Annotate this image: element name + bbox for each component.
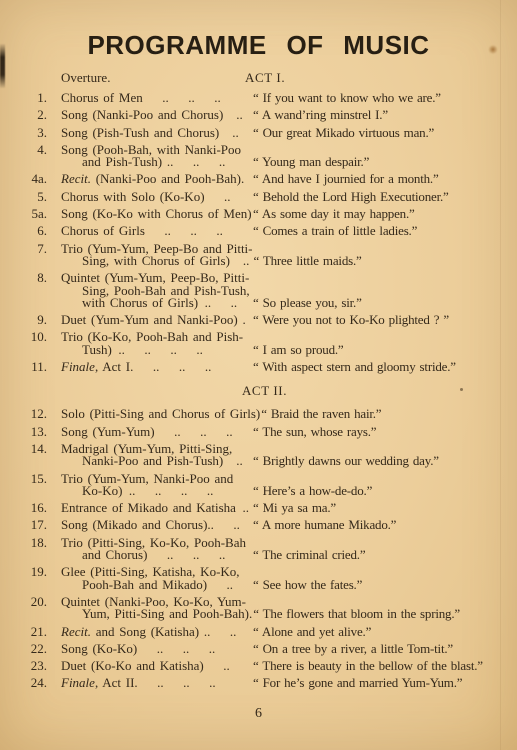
entry-quote: “ So please you, sir.”: [253, 297, 362, 309]
entry-quote: “ Behold the Lord High Executioner.”: [253, 191, 449, 203]
programme-entry: 23.Duet (Ko-Ko and Katisha) ..“ There is…: [0, 660, 517, 672]
paper-speck: [460, 388, 463, 391]
entry-title: Duet (Ko-Ko and Katisha) ..: [61, 660, 252, 672]
entry-quote: “ A more humane Mikado.”: [253, 519, 396, 531]
programme-entry: 9.Duet (Yum-Yum and Nanki-Poo) .“ Were y…: [0, 314, 517, 326]
entry-title-line: Recit. (Nanki-Poo and Pooh-Bah).: [61, 173, 252, 185]
entry-quote: “ The flowers that bloom in the spring.”: [253, 608, 460, 620]
programme-entry: 16.Entrance of Mikado and Katisha ..“ Mi…: [0, 502, 517, 514]
entry-title: Madrigal (Yum-Yum, Pitti-Sing,Nanki-Poo …: [61, 443, 252, 468]
programme-entry: 1.Chorus of Men .. .. ..“ If you want to…: [0, 92, 517, 104]
entry-quote: “ For he’s gone and married Yum-Yum.”: [253, 677, 462, 689]
programme-entry: 6.Chorus of Girls .. .. ..“ Comes a trai…: [0, 225, 517, 237]
entry-title-line: Song (Pish-Tush and Chorus) ..: [61, 127, 252, 139]
programme-entry: 4a.Recit. (Nanki-Poo and Pooh-Bah).“ And…: [0, 173, 517, 185]
entry-number: 5.: [27, 191, 47, 203]
section-header-row: Overture. ACT I.: [0, 70, 517, 83]
entry-quote: “ Were you not to Ko-Ko plighted ? ”: [253, 314, 449, 326]
act1-list: 1.Chorus of Men .. .. ..“ If you want to…: [0, 92, 517, 373]
entry-quote: “ On a tree by a river, a little Tom-tit…: [253, 643, 453, 655]
entry-title-line: Song (Nanki-Poo and Chorus) ..: [61, 109, 252, 121]
programme-entry: 20.Quintet (Nanki-Poo, Ko-Ko, Yum-Yum, P…: [0, 596, 517, 621]
paper-stain: [488, 45, 498, 54]
entry-title-italic: Finale: [61, 675, 95, 690]
entry-number: 11.: [27, 361, 47, 373]
overture-label: Overture.: [61, 70, 110, 86]
programme-entry: 8.Quintet (Yum-Yum, Peep-Bo, Pitti-Sing,…: [0, 272, 517, 309]
entry-number: 2.: [27, 109, 47, 121]
entry-title-line: Sing, with Chorus of Girls) ..: [61, 255, 253, 267]
entry-title-line: and Pish-Tush) .. .. ..: [61, 156, 252, 168]
entry-title: Trio (Yum-Yum, Nanki-Poo andKo-Ko) .. ..…: [61, 473, 252, 498]
entry-quote: “ Mi ya sa ma.”: [253, 502, 336, 514]
entry-title-line: Solo (Pitti-Sing and Chorus of Girls): [61, 408, 260, 420]
entry-title: Recit. and Song (Katisha) .. ..: [61, 626, 252, 638]
entry-title-line: Ko-Ko) .. .. .. ..: [61, 485, 252, 497]
entry-title: Duet (Yum-Yum and Nanki-Poo) .: [61, 314, 252, 326]
entry-quote: “ Our great Mikado virtuous man.”: [253, 127, 434, 139]
entry-quote: “ Braid the raven hair.”: [261, 408, 381, 420]
entry-number: 1.: [27, 92, 47, 104]
entry-quote: “ Young man despair.”: [253, 156, 369, 168]
entry-title: Song (Yum-Yum) .. .. ..: [61, 426, 252, 438]
entry-number: 14.: [27, 443, 47, 455]
entry-title-italic: Recit.: [61, 624, 91, 639]
entry-title: Trio (Ko-Ko, Pooh-Bah and Pish-Tush) .. …: [61, 331, 252, 356]
entry-title-line: Pooh-Bah and Mikado) ..: [61, 579, 252, 591]
entry-title-line: Song (Ko-Ko) .. .. ..: [61, 643, 252, 655]
entry-quote: “ I am so proud.”: [253, 344, 344, 356]
entry-quote: “ As some day it may happen.”: [253, 208, 415, 220]
entry-number: 4a.: [27, 173, 47, 185]
entry-title-line: Nanki-Poo and Pish-Tush) ..: [61, 455, 252, 467]
programme-entry: 14.Madrigal (Yum-Yum, Pitti-Sing,Nanki-P…: [0, 443, 517, 468]
entry-quote: “ The criminal cried.”: [253, 549, 365, 561]
entry-title-italic: Recit.: [61, 171, 91, 186]
entry-title-line: Duet (Ko-Ko and Katisha) ..: [61, 660, 252, 672]
programme-entry: 18.Trio (Pitti-Sing, Ko-Ko, Pooh-Bahand …: [0, 537, 517, 562]
entry-title-line: Chorus of Girls .. .. ..: [61, 225, 252, 237]
entry-quote: “ Three little maids.”: [254, 255, 362, 267]
entry-title-line: Song (Ko-Ko with Chorus of Men): [61, 208, 252, 220]
entry-title-line: Chorus of Men .. .. ..: [61, 92, 252, 104]
entry-number: 7.: [27, 243, 47, 255]
entry-title-line: and Chorus) .. .. ..: [61, 549, 252, 561]
programme-page: PROGRAMME OF MUSIC Overture. ACT I. 1.Ch…: [0, 0, 517, 750]
entry-title-line: Entrance of Mikado and Katisha ..: [61, 502, 252, 514]
entry-title: Entrance of Mikado and Katisha ..: [61, 502, 252, 514]
programme-entry: 10.Trio (Ko-Ko, Pooh-Bah and Pish-Tush) …: [0, 331, 517, 356]
entry-number: 19.: [27, 566, 47, 578]
entry-title-line: Song (Mikado and Chorus).. ..: [61, 519, 252, 531]
entry-title: Chorus of Girls .. .. ..: [61, 225, 252, 237]
paper-crease: [500, 0, 501, 750]
entry-quote: “ And have I journied for a month.”: [253, 173, 439, 185]
entry-number: 8.: [27, 272, 47, 284]
entry-quote: “ If you want to know who we are.”: [253, 92, 441, 104]
programme-entry: 2.Song (Nanki-Poo and Chorus) ..“ A wand…: [0, 109, 517, 121]
entry-number: 17.: [27, 519, 47, 531]
entry-title: Song (Ko-Ko with Chorus of Men): [61, 208, 252, 220]
act2-header: ACT II.: [0, 383, 517, 399]
entry-title: Trio (Yum-Yum, Peep-Bo and Pitti-Sing, w…: [61, 243, 253, 268]
entry-number: 6.: [27, 225, 47, 237]
entry-quote: “ The sun, whose rays.”: [253, 426, 376, 438]
act2-list: 12.Solo (Pitti-Sing and Chorus of Girls)…: [0, 408, 517, 689]
programme-entry: 11.Finale, Act I. .. .. ..“ With aspect …: [0, 361, 517, 373]
entry-title: Quintet (Yum-Yum, Peep-Bo, Pitti-Sing, P…: [61, 272, 252, 309]
programme-entry: 21.Recit. and Song (Katisha) .. ..“ Alon…: [0, 626, 517, 638]
programme-entry: 12.Solo (Pitti-Sing and Chorus of Girls)…: [0, 408, 517, 420]
page-title: PROGRAMME OF MUSIC: [0, 32, 517, 58]
programme-entry: 19.Glee (Pitti-Sing, Katisha, Ko-Ko,Pooh…: [0, 566, 517, 591]
entry-title: Solo (Pitti-Sing and Chorus of Girls): [61, 408, 260, 420]
programme-entry: 15.Trio (Yum-Yum, Nanki-Poo andKo-Ko) ..…: [0, 473, 517, 498]
entry-title-line: Recit. and Song (Katisha) .. ..: [61, 626, 252, 638]
entry-number: 3.: [27, 127, 47, 139]
act1-header: ACT I.: [245, 70, 285, 86]
programme-entry: 3.Song (Pish-Tush and Chorus) ..“ Our gr…: [0, 127, 517, 139]
programme-entry: 5.Chorus with Solo (Ko-Ko) ..“ Behold th…: [0, 191, 517, 203]
entry-title: Song (Pish-Tush and Chorus) ..: [61, 127, 252, 139]
entry-title: Song (Ko-Ko) .. .. ..: [61, 643, 252, 655]
entry-title-line: Finale, Act II. .. .. ..: [61, 677, 252, 689]
entry-title-line: Tush) .. .. .. ..: [61, 344, 252, 356]
programme-entry: 24.Finale, Act II. .. .. ..“ For he’s go…: [0, 677, 517, 689]
entry-title-line: Finale, Act I. .. .. ..: [61, 361, 252, 373]
programme-entry: 22.Song (Ko-Ko) .. .. ..“ On a tree by a…: [0, 643, 517, 655]
entry-number: 20.: [27, 596, 47, 608]
entry-quote: “ See how the fates.”: [253, 579, 362, 591]
entry-quote: “ Comes a train of little ladies.”: [253, 225, 417, 237]
entry-title: Song (Pooh-Bah, with Nanki-Pooand Pish-T…: [61, 144, 252, 169]
entry-quote: “ With aspect stern and gloomy stride.”: [253, 361, 456, 373]
entry-number: 24.: [27, 677, 47, 689]
entry-title-line: with Chorus of Girls) .. ..: [61, 297, 252, 309]
entry-quote: “ Alone and yet alive.”: [253, 626, 371, 638]
programme-entry: 5a.Song (Ko-Ko with Chorus of Men)“ As s…: [0, 208, 517, 220]
entry-title: Glee (Pitti-Sing, Katisha, Ko-Ko,Pooh-Ba…: [61, 566, 252, 591]
entry-number: 21.: [27, 626, 47, 638]
entry-title: Song (Nanki-Poo and Chorus) ..: [61, 109, 252, 121]
entry-number: 5a.: [27, 208, 47, 220]
programme-entry: 4.Song (Pooh-Bah, with Nanki-Pooand Pish…: [0, 144, 517, 169]
entry-number: 12.: [27, 408, 47, 420]
entry-title: Quintet (Nanki-Poo, Ko-Ko, Yum-Yum, Pitt…: [61, 596, 252, 621]
entry-title-italic: Finale: [61, 359, 95, 374]
page-number: 6: [0, 706, 517, 722]
entry-quote: “ Brightly dawns our wedding day.”: [253, 455, 439, 467]
entry-number: 22.: [27, 643, 47, 655]
entry-number: 18.: [27, 537, 47, 549]
entry-quote: “ There is beauty in the bellow of the b…: [253, 660, 483, 672]
entry-title: Finale, Act II. .. .. ..: [61, 677, 252, 689]
entry-quote: “ Here’s a how-de-do.”: [253, 485, 372, 497]
entry-title: Recit. (Nanki-Poo and Pooh-Bah).: [61, 173, 252, 185]
programme-entry: 7.Trio (Yum-Yum, Peep-Bo and Pitti-Sing,…: [0, 243, 517, 268]
entry-title: Chorus with Solo (Ko-Ko) ..: [61, 191, 252, 203]
entry-number: 13.: [27, 426, 47, 438]
entry-title: Song (Mikado and Chorus).. ..: [61, 519, 252, 531]
entry-title: Trio (Pitti-Sing, Ko-Ko, Pooh-Bahand Cho…: [61, 537, 252, 562]
entry-number: 4.: [27, 144, 47, 156]
entry-title: Finale, Act I. .. .. ..: [61, 361, 252, 373]
entry-number: 23.: [27, 660, 47, 672]
entry-title-line: Chorus with Solo (Ko-Ko) ..: [61, 191, 252, 203]
entry-title-line: Yum, Pitti-Sing and Pooh-Bah).: [61, 608, 252, 620]
entry-number: 10.: [27, 331, 47, 343]
entry-number: 9.: [27, 314, 47, 326]
programme-entry: 17.Song (Mikado and Chorus).. ..“ A more…: [0, 519, 517, 531]
entry-title: Chorus of Men .. .. ..: [61, 92, 252, 104]
entry-title-line: Song (Yum-Yum) .. .. ..: [61, 426, 252, 438]
entry-number: 15.: [27, 473, 47, 485]
entry-title-line: Duet (Yum-Yum and Nanki-Poo) .: [61, 314, 252, 326]
programme-entry: 13.Song (Yum-Yum) .. .. ..“ The sun, who…: [0, 426, 517, 438]
entry-quote: “ A wand’ring minstrel I.”: [253, 109, 388, 121]
entry-number: 16.: [27, 502, 47, 514]
